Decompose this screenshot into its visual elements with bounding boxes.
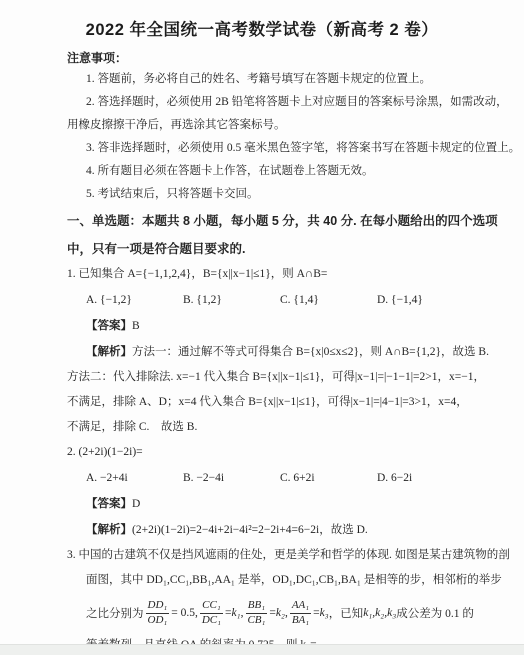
math-text-segment: k₃ — [320, 607, 329, 619]
q1-options: A. {−1,2} B. {1,2} C. {1,4} D. {−1,4} — [67, 287, 497, 313]
notice-line-4: 4. 所有题目必须在答题卡上作答，在试题卷上答题无效。 — [67, 160, 497, 183]
section-heading-line-1: 一、单选题：本题共 8 小题，每小题 5 分，共 40 分. 在每小题给出的四个… — [67, 209, 497, 234]
analysis-label: 【解析】 — [86, 346, 132, 358]
q1-analysis-line-2: 方法二：代入排除法. x=−1 代入集合 B={x||x−1|≤1}，可得|x−… — [67, 365, 497, 390]
math-text-segment: k₁,k₂,k₃ — [363, 607, 396, 619]
q1-analysis-text-1: 方法一：通过解不等式可得集合 B={x|0≤x≤2}，则 A∩B={1,2}，故… — [132, 346, 489, 358]
scan-bottom-edge — [0, 644, 524, 655]
exam-title: 2022 年全国统一高考数学试卷（新高考 2 卷） — [0, 20, 524, 40]
q1-option-b: B. {1,2} — [183, 287, 280, 313]
notice-line-2b: 用橡皮擦擦干净后，再选涂其它答案标号。 — [67, 114, 497, 137]
q1-analysis-line-1: 【解析】方法一：通过解不等式可得集合 B={x|0≤x≤2}，则 A∩B={1,… — [67, 339, 497, 365]
notice-line-3: 3. 答非选择题时，必须使用 0.5 毫米黑色签字笔，将答案书写在答题卡规定的位… — [67, 137, 497, 160]
q1-answer: 【答案】B — [67, 313, 497, 339]
q2-options: A. −2+4i B. −2−4i C. 6+2i D. 6−2i — [67, 465, 497, 491]
math-text-segment: k₁ — [231, 607, 240, 619]
q3-fraction-line: 之比分别为 DD₁OD₁ = 0.5, CC₁DC₁ = k₁, BB₁CB₁ … — [67, 593, 497, 633]
q2-stem: 2. (2+2i)(1−2i)= — [67, 440, 497, 465]
q1-analysis-line-3: 不满足，排除 A、D；x=4 代入集合 B={x||x−1|≤1}，可得|x−1… — [67, 390, 497, 415]
q2-answer-value: D — [132, 498, 140, 510]
notice-line-1: 1. 答题前，务必将自己的姓名、考籍号填写在答题卡规定的位置上。 — [67, 68, 497, 91]
q1-answer-value: B — [132, 320, 140, 332]
fraction: AA₁BA₁ — [290, 599, 311, 628]
notice-line-5: 5. 考试结束后，只将答题卡交回。 — [67, 183, 497, 206]
math-text-segment: ，已知 — [329, 605, 364, 621]
notice-heading: 注意事项： — [67, 48, 497, 68]
fraction: DD₁OD₁ — [146, 599, 170, 628]
q2-answer: 【答案】D — [67, 491, 497, 517]
math-text-segment: 成公差为 0.1 的 — [396, 605, 474, 621]
q3-stem-line-1: 3. 中国的古建筑不仅是挡风遮雨的住处，更是美学和哲学的体现. 如图是某古建筑物… — [67, 543, 497, 568]
scanned-exam-page: 2022 年全国统一高考数学试卷（新高考 2 卷） 注意事项： 1. 答题前，务… — [0, 0, 524, 655]
q2-option-a: A. −2+4i — [86, 465, 183, 491]
q1-option-a: A. {−1,2} — [86, 287, 183, 313]
answer-label: 【答案】 — [86, 498, 132, 510]
q1-analysis-line-4: 不满足，排除 C. 故选 B. — [67, 415, 497, 440]
q2-option-c: C. 6+2i — [280, 465, 377, 491]
q2-option-d: D. 6−2i — [377, 465, 412, 491]
q1-option-c: C. {1,4} — [280, 287, 377, 313]
analysis-label: 【解析】 — [86, 524, 132, 536]
math-text-segment: 之比分别为 — [86, 605, 144, 621]
q1-stem: 1. 已知集合 A={−1,1,2,4}，B={x||x−1|≤1}，则 A∩B… — [67, 262, 497, 287]
math-text-segment: k₂ — [276, 607, 285, 619]
notice-line-2a: 2. 答选择题时，必须使用 2B 铅笔将答题卡上对应题目的答案标号涂黑，如需改动… — [67, 91, 497, 114]
exam-body: 注意事项： 1. 答题前，务必将自己的姓名、考籍号填写在答题卡规定的位置上。 2… — [67, 48, 497, 655]
section-heading-line-2: 中，只有一项是符合题目要求的. — [67, 237, 497, 262]
q2-analysis-line-1: 【解析】(2+2i)(1−2i)=2−4i+2i−4i²=2−2i+4=6−2i… — [67, 517, 497, 543]
answer-label: 【答案】 — [86, 320, 132, 332]
math-text-segment: , — [241, 607, 244, 619]
math-text-segment: = 0.5, — [171, 607, 198, 619]
q2-option-b: B. −2−4i — [183, 465, 280, 491]
q1-option-d: D. {−1,4} — [377, 287, 423, 313]
fraction: CC₁DC₁ — [200, 599, 223, 628]
q3-stem-line-2: 面图，其中 DD₁,CC₁,BB₁,AA₁ 是举，OD₁,DC₁,CB₁,BA₁… — [67, 568, 497, 593]
math-text-segment: , — [285, 607, 288, 619]
fraction: BB₁CB₁ — [245, 599, 267, 628]
q2-analysis-text-1: (2+2i)(1−2i)=2−4i+2i−4i²=2−2i+4=6−2i，故选 … — [132, 524, 368, 536]
